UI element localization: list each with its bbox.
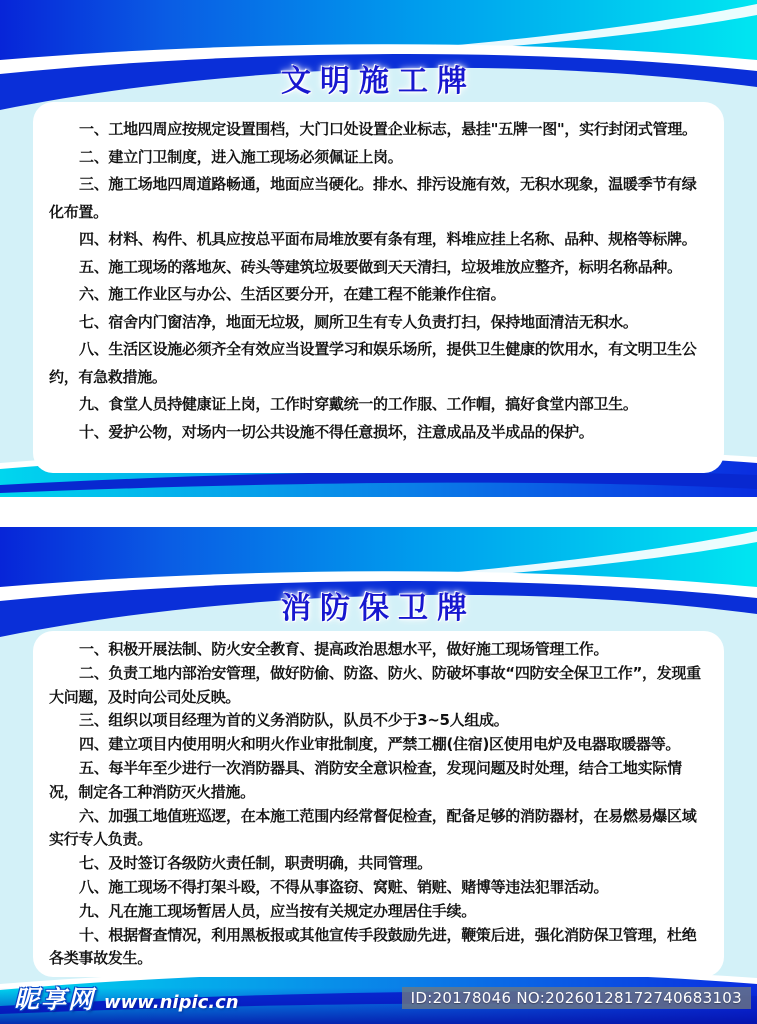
list-item: 五、施工现场的落地灰、砖头等建筑垃圾要做到天天清扫，垃圾堆放应整齐，标明名称品种…: [49, 254, 708, 282]
poster-title: 文明施工牌: [0, 56, 757, 100]
list-item: 九、食堂人员持健康证上岗，工作时穿戴统一的工作服、工作帽，搞好食堂内部卫生。: [49, 391, 708, 419]
content-panel: 一、积极开展法制、防火安全教育、提高政治思想水平，做好施工现场管理工作。 二、负…: [33, 631, 724, 977]
signboard-image: 文明施工牌 一、工地四周应按规定设置围档，大门口处设置企业标志，悬挂"五牌一图"…: [0, 0, 757, 1024]
list-item: 六、加强工地值班巡逻，在本施工范围内经常督促检查，配备足够的消防器材，在易燃易爆…: [49, 805, 708, 853]
list-item: 四、建立项目内使用明火和明火作业审批制度，严禁工棚(住宿)区使用电炉及电器取暖器…: [49, 733, 708, 757]
list-item: 五、每半年至少进行一次消防器具、消防安全意识检查，发现问题及时处理，结合工地实际…: [49, 757, 708, 805]
poster-fire-safety: 消防保卫牌 一、积极开展法制、防火安全教育、提高政治思想水平，做好施工现场: [0, 527, 757, 1024]
list-item: 一、积极开展法制、防火安全教育、提高政治思想水平，做好施工现场管理工作。: [49, 638, 708, 662]
list-item: 三、组织以项目经理为首的义务消防队，队员不少于3~5人组成。: [49, 709, 708, 733]
list-item: 四、材料、构件、机具应按总平面布局堆放要有条有理，料堆应挂上名称、品种、规格等标…: [49, 226, 708, 254]
watermark: 昵享网www.nipic.cn: [14, 980, 239, 1016]
watermark-url: www.nipic.cn: [104, 992, 239, 1013]
list-item: 二、建立门卫制度，进入施工现场必须佩证上岗。: [49, 144, 708, 172]
content-panel: 一、工地四周应按规定设置围档，大门口处设置企业标志，悬挂"五牌一图"，实行封闭式…: [33, 102, 724, 473]
list-item: 二、负责工地内部治安管理，做好防偷、防盗、防火、防破坏事故“四防安全保卫工作”，…: [49, 662, 708, 710]
list-item: 一、工地四周应按规定设置围档，大门口处设置企业标志，悬挂"五牌一图"，实行封闭式…: [49, 116, 708, 144]
list-item: 十、爱护公物，对场内一切公共设施不得任意损坏，注意成品及半成品的保护。: [49, 419, 708, 447]
nipic-logo: 昵享网: [14, 985, 95, 1014]
id-badge: ID:20178046 NO:20260128172740683103: [402, 987, 751, 1009]
list-item: 八、施工现场不得打架斗殴，不得从事盗窃、窝赃、销赃、赌博等违法犯罪活动。: [49, 876, 708, 900]
list-item: 九、凡在施工现场暂居人员，应当按有关规定办理居住手续。: [49, 900, 708, 924]
list-item: 三、施工场地四周道路畅通，地面应当硬化。排水、排污设施有效，无积水现象，温暖季节…: [49, 171, 708, 226]
list-item: 十、根据督查情况，利用黑板报或其他宣传手段鼓励先进，鞭策后进，强化消防保卫管理，…: [49, 924, 708, 972]
list-item: 七、宿舍内门窗洁净，地面无垃圾，厕所卫生有专人负责打扫，保持地面清洁无积水。: [49, 309, 708, 337]
poster-civilized-construction: 文明施工牌 一、工地四周应按规定设置围档，大门口处设置企业标志，悬挂"五牌一图"…: [0, 0, 757, 497]
list-item: 八、生活区设施必须齐全有效应当设置学习和娱乐场所，提供卫生健康的饮用水，有文明卫…: [49, 336, 708, 391]
list-item: 六、施工作业区与办公、生活区要分开，在建工程不能兼作住宿。: [49, 281, 708, 309]
poster-title: 消防保卫牌: [0, 583, 757, 627]
list-item: 七、及时签订各级防火责任制，职责明确，共同管理。: [49, 852, 708, 876]
